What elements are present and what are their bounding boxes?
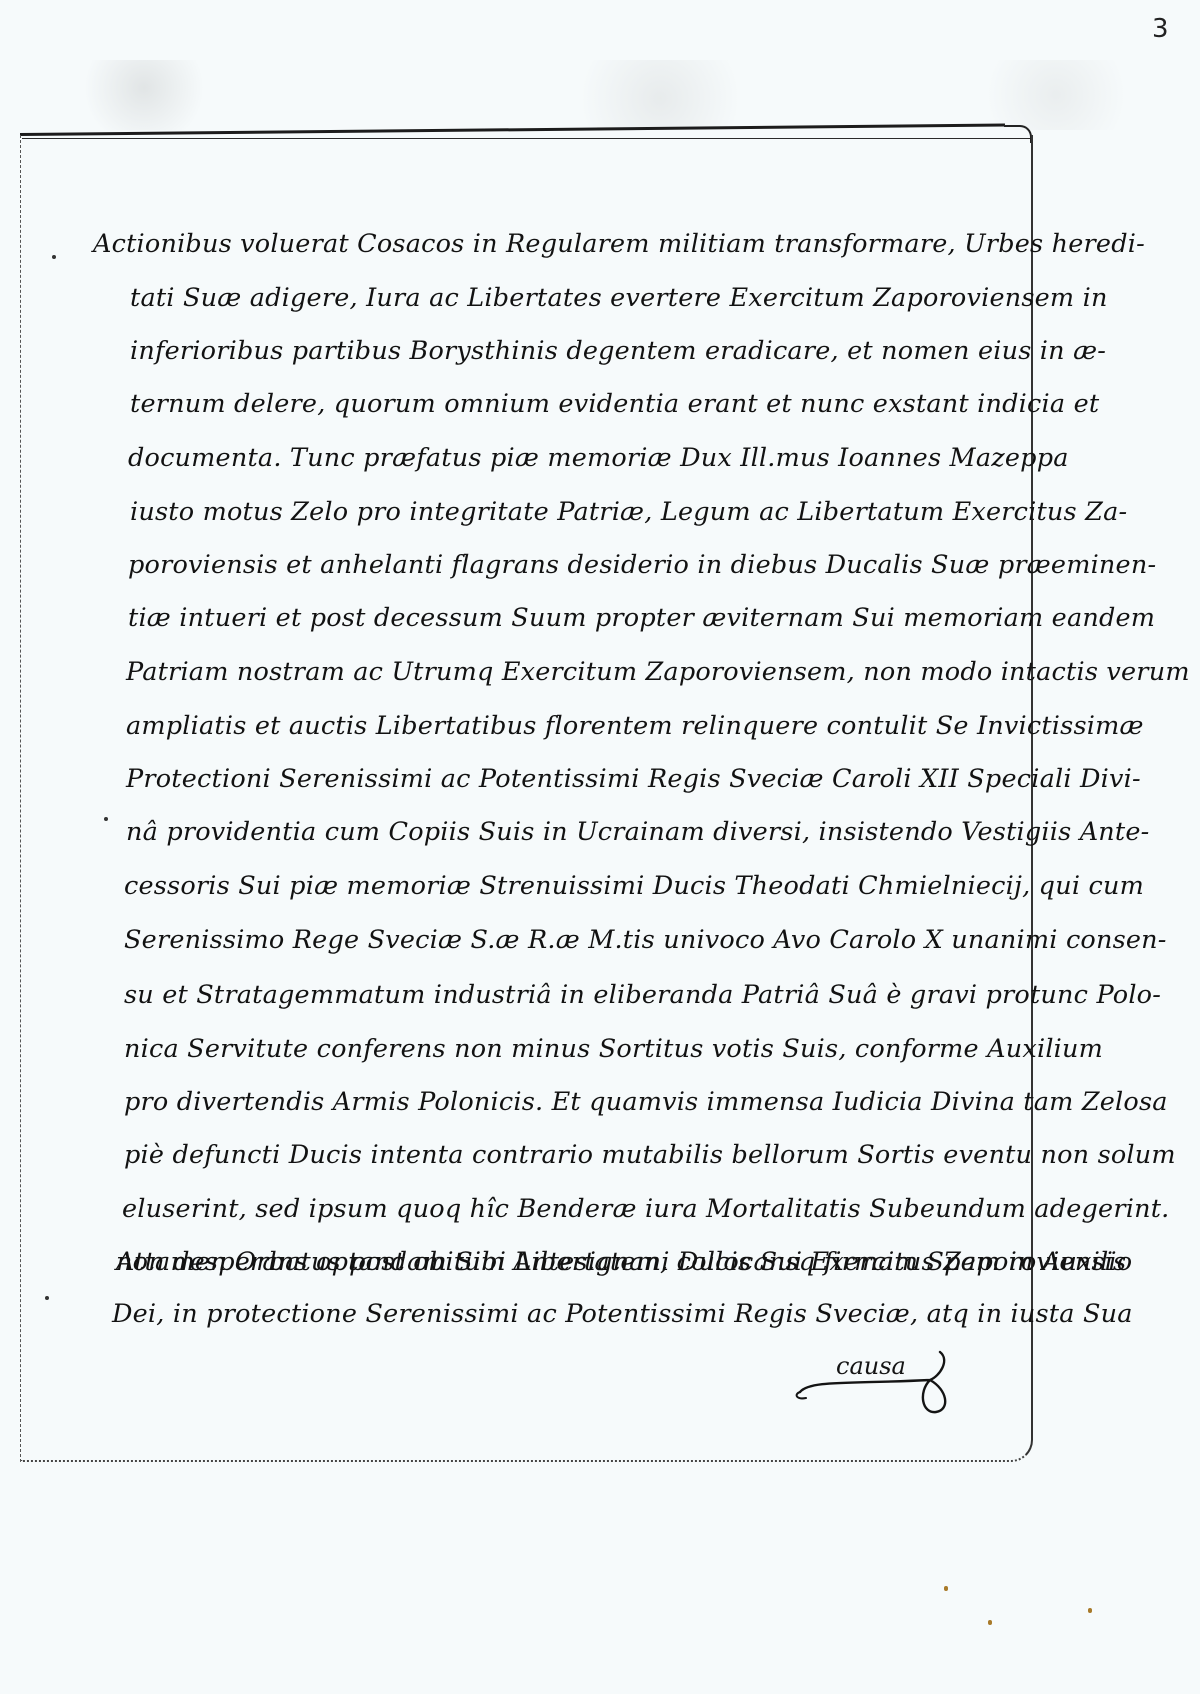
- scan-background: [0, 60, 1200, 130]
- text-line: Serenissimo Rege Sveciæ S.æ R.æ M.tis un…: [124, 928, 1167, 954]
- text-line: nâ providentia cum Copiis Suis in Ucrain…: [126, 820, 1150, 846]
- text-line: piè defuncti Ducis intenta contrario mut…: [124, 1143, 1176, 1169]
- paper-stain: [1088, 1608, 1092, 1613]
- text-line: poroviensis et anhelanti flagrans deside…: [128, 553, 1156, 579]
- paper-stain: [944, 1586, 948, 1591]
- text-line: Dei, in protectione Serenissimi ac Poten…: [112, 1302, 1133, 1328]
- text-line: ternum delere, quorum omnium evidentia e…: [130, 392, 1099, 418]
- text-line: non desperans optandam Sibi Libertatem, …: [116, 1250, 1132, 1276]
- text-line: tati Suæ adigere, Iura ac Libertates eve…: [130, 286, 1108, 312]
- catchword-flourish: [790, 1330, 970, 1420]
- margin-mark: [45, 1296, 49, 1300]
- text-line: inferioribus partibus Borysthinis degent…: [130, 339, 1106, 365]
- text-line: Actionibus voluerat Cosacos in Regularem…: [93, 232, 1145, 258]
- text-line: nica Servitute conferens non minus Sorti…: [124, 1037, 1103, 1063]
- margin-mark: [104, 817, 108, 821]
- text-line: su et Stratagemmatum industriâ in eliber…: [124, 983, 1161, 1009]
- text-line: Patriam nostram ac Utrumq Exercitum Zapo…: [126, 660, 1190, 686]
- text-line: pro divertendis Armis Polonicis. Et quam…: [124, 1090, 1168, 1116]
- text-line: eluserint, sed ipsum quoq hîc Benderæ iu…: [122, 1197, 1169, 1223]
- text-line: Protectioni Serenissimi ac Potentissimi …: [126, 767, 1141, 793]
- text-line: cessoris Sui piæ memoriæ Strenuissimi Du…: [124, 874, 1144, 900]
- page-number: 3: [1152, 14, 1169, 44]
- text-line: tiæ intueri et post decessum Suum propte…: [128, 606, 1155, 632]
- text-line: documenta. Tunc præfatus piæ memoriæ Dux…: [128, 446, 1069, 472]
- margin-mark: [52, 255, 56, 259]
- paper-stain: [988, 1620, 992, 1625]
- text-line: ampliatis et auctis Libertatibus florent…: [126, 714, 1144, 740]
- text-line: iusto motus Zelo pro integritate Patriæ,…: [130, 500, 1127, 526]
